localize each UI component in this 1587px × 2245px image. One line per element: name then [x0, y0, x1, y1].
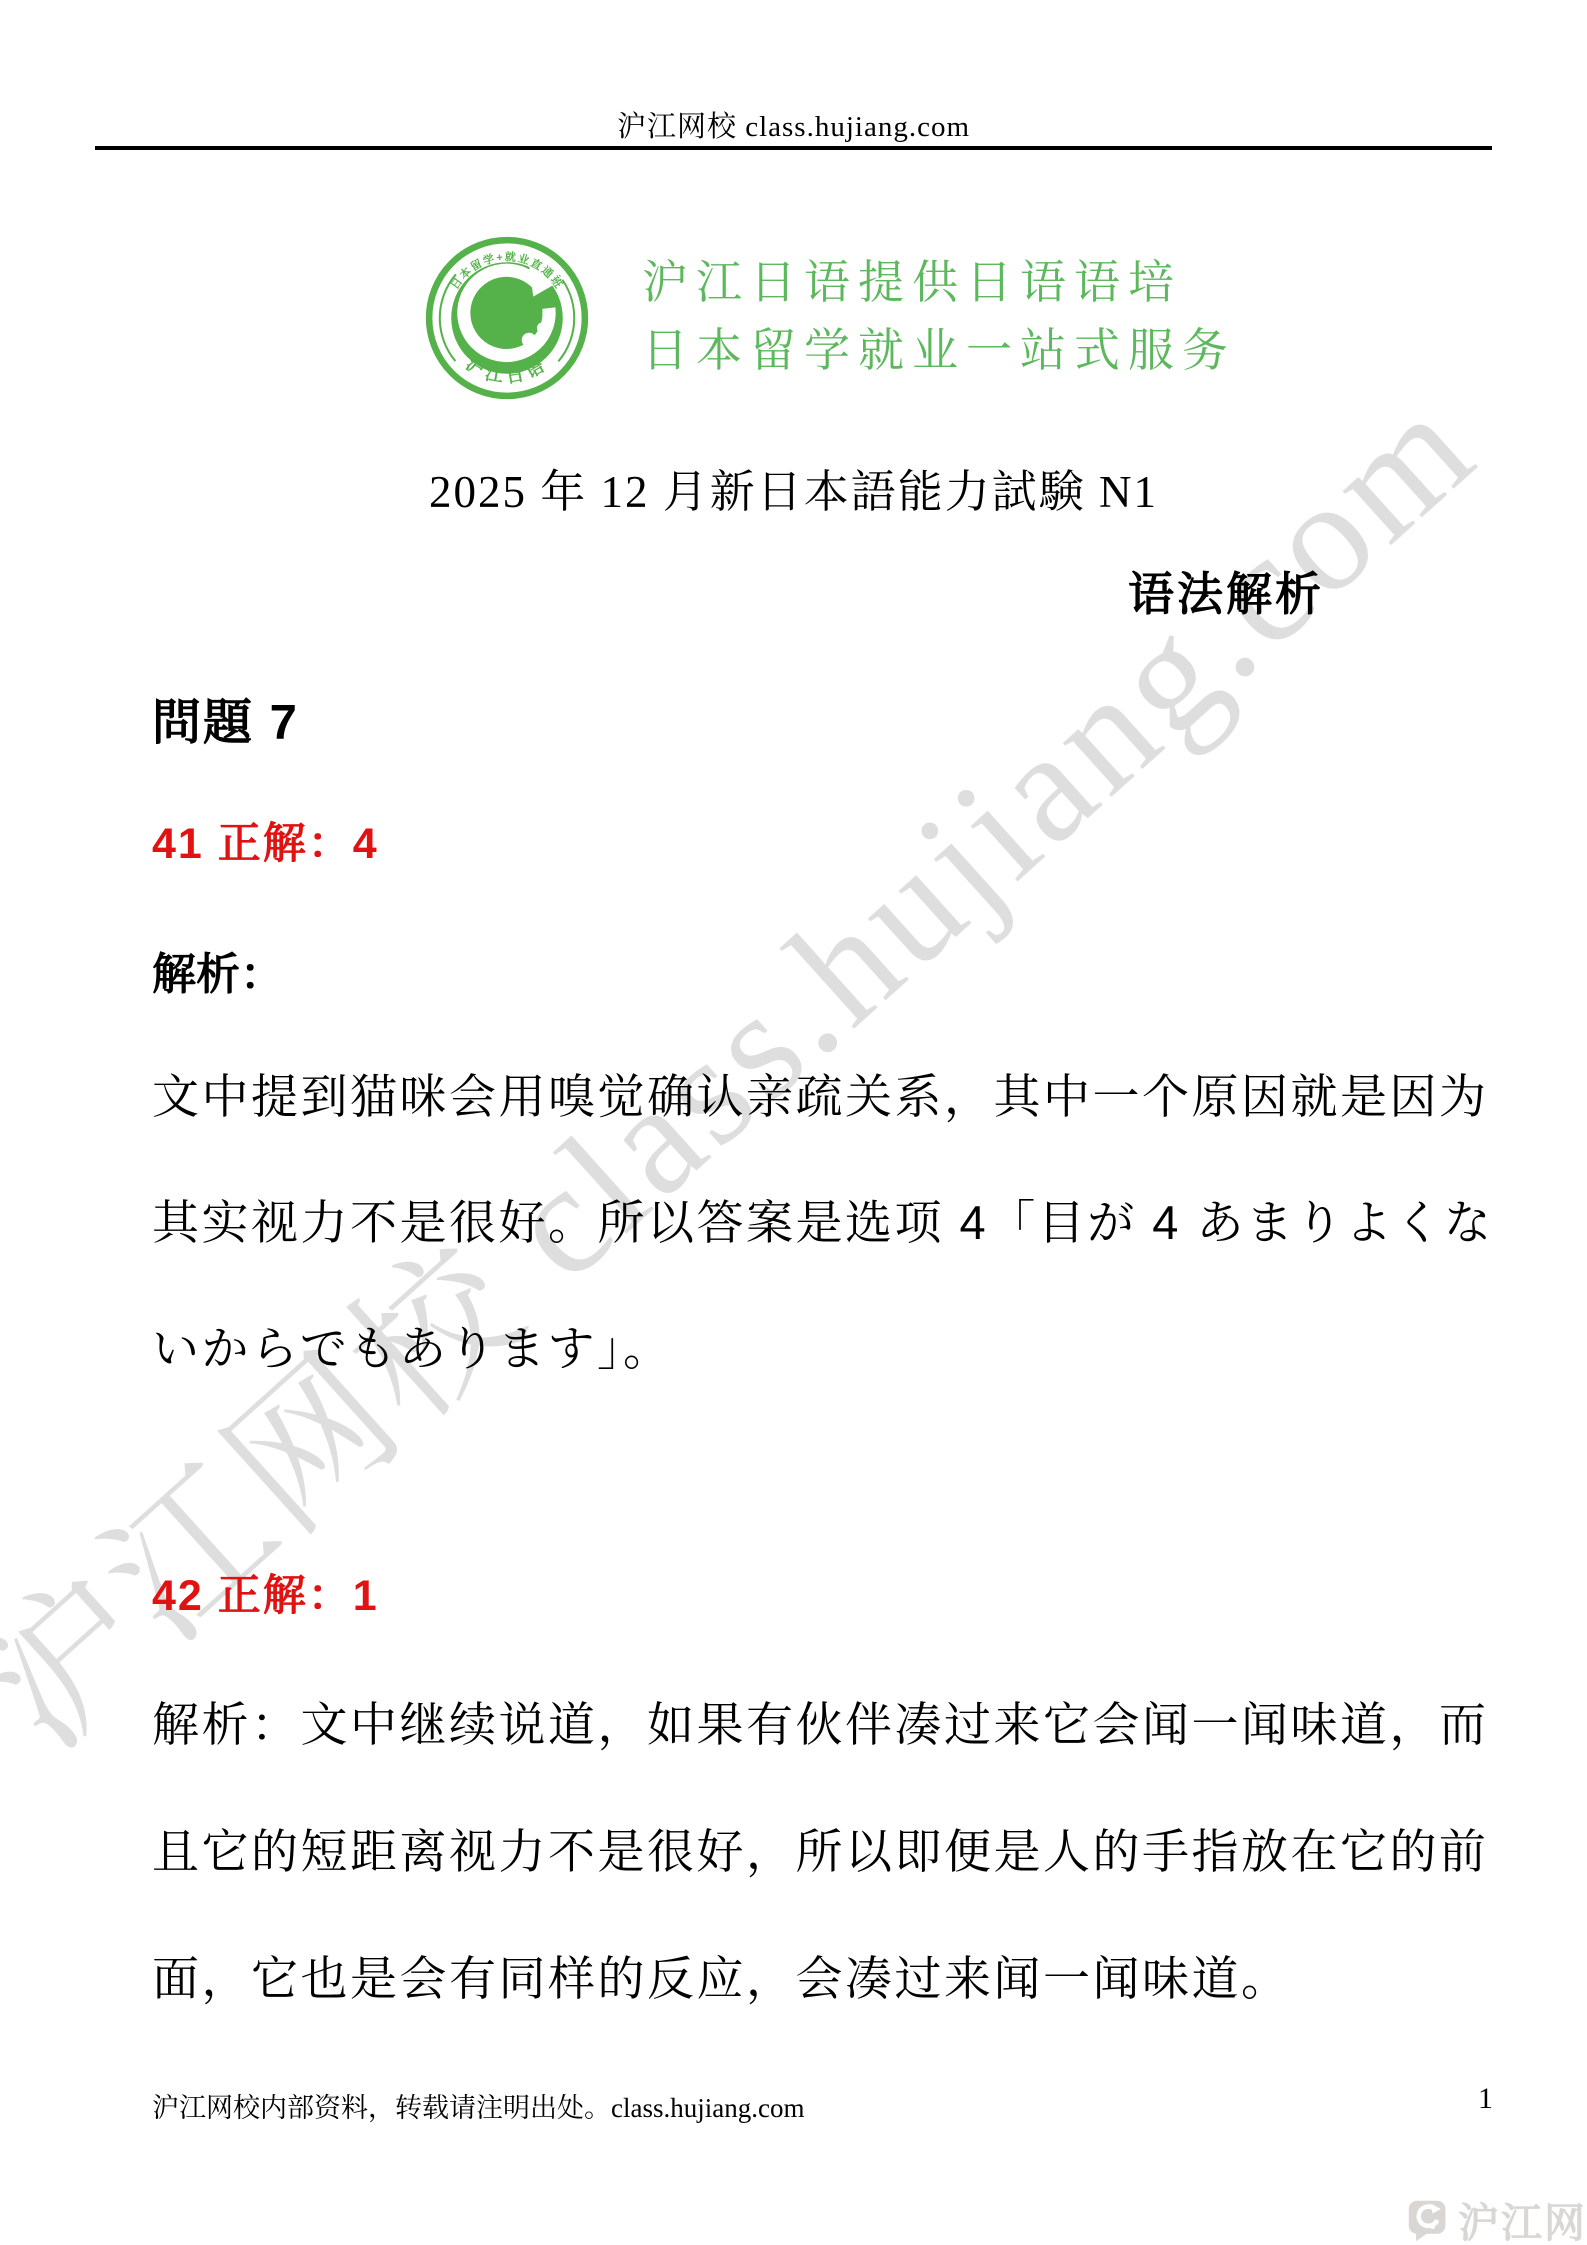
badge-dot-3 [522, 333, 537, 348]
tagline-line-2: 日本留学就业一站式服务 [642, 316, 1236, 384]
analysis-41-line-1: 文中提到猫咪会用嗅觉确认亲疏关系，其中一个原因就是因为 [152, 1060, 1489, 1127]
analysis-41-line-3: いからでもあります」。 [152, 1312, 673, 1379]
analysis-label-41: 解析： [152, 938, 284, 1002]
tagline-line-1: 沪江日语提供日语语培 [642, 248, 1236, 316]
problem-heading: 問題 7 [152, 684, 299, 754]
corner-watermark: 沪江网 [1406, 2190, 1587, 2245]
analysis-41-line-2: 其实视力不是很好。所以答案是选项 4「目が 4 あまりよくな [152, 1186, 1493, 1253]
analysis-42-line-3: 面，它也是会有同样的反应，会凑过来闻一闻味道。 [152, 1942, 1291, 2009]
document-title: 2025 年 12 月新日本語能力試験 N1 [0, 455, 1587, 520]
header-divider [95, 146, 1492, 150]
page-header-site-text: 沪江网校 class.hujiang.com [0, 104, 1587, 145]
analysis-42-line-2: 且它的短距离视力不是很好，所以即便是人的手指放在它的前 [152, 1815, 1489, 1882]
answer-label-41: 41 正解：4 [152, 810, 379, 871]
footer-note: 沪江网校内部资料，转载请注明出处。class.hujiang.com [152, 2086, 804, 2125]
corner-watermark-text: 沪江网 [1458, 2190, 1587, 2245]
page-content: 沪江网校 class.hujiang.com 日本留学+就业直通班 沪江日语 [0, 0, 1587, 2245]
answer-label-42: 42 正解：1 [152, 1562, 379, 1623]
section-label: 语法解析 [1128, 558, 1324, 624]
badge-dot-1 [542, 309, 550, 317]
brand-tagline: 沪江日语提供日语语培 日本留学就业一站式服务 [642, 248, 1236, 384]
footer-page-number: 1 [1478, 2082, 1493, 2116]
hujiang-japanese-badge-logo: 日本留学+就业直通班 沪江日语 [425, 236, 589, 400]
badge-dot-2 [537, 323, 548, 334]
document-page: 沪江网校 class.hujiang.com 沪江网校 class.hujian… [0, 0, 1587, 2245]
analysis-42-line-1: 解析：文中继续说道，如果有伙伴凑过来它会闻一闻味道，而 [152, 1688, 1489, 1755]
hujiang-bubble-logo-icon [1406, 2198, 1450, 2242]
